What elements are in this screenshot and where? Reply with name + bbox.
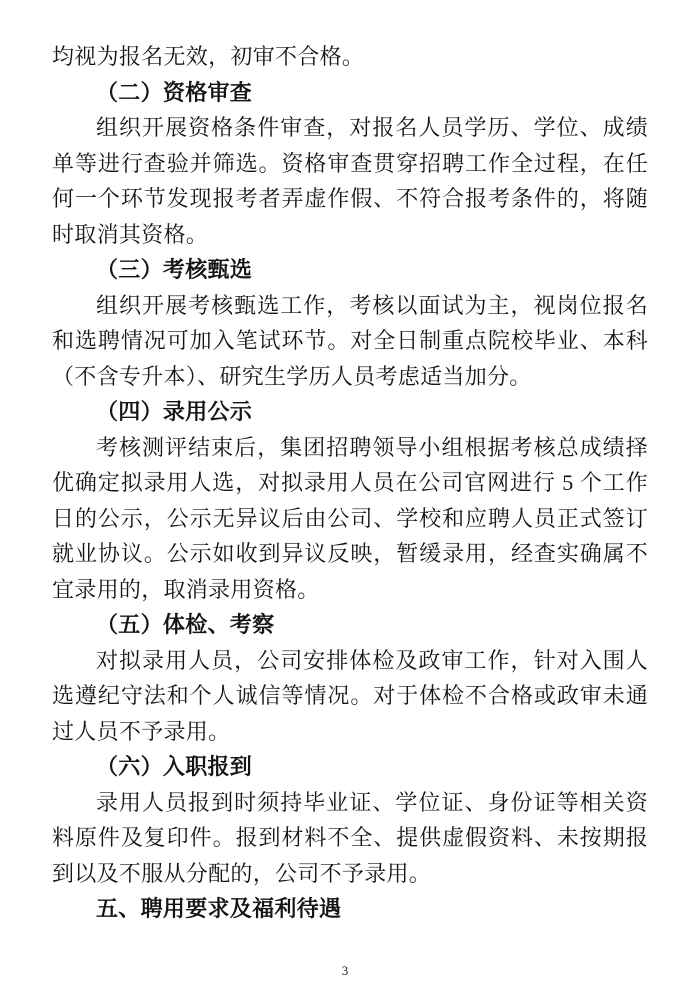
section-heading-5: （五）体检、考察 (52, 607, 648, 643)
paragraph: 组织开展考核甄选工作，考核以面试为主，视岗位报名和选聘情况可加入笔试环节。对全日… (52, 288, 648, 395)
paragraph: 组织开展资格条件审查，对报名人员学历、学位、成绩单等进行查验并筛选。资格审查贯穿… (52, 110, 648, 252)
document-content: 均视为报名无效，初审不合格。 （二）资格审查 组织开展资格条件审查，对报名人员学… (52, 39, 648, 927)
paragraph-continuation: 均视为报名无效，初审不合格。 (52, 39, 648, 75)
section-heading-2: （二）资格审查 (52, 75, 648, 111)
paragraph: 对拟录用人员，公司安排体检及政审工作，针对入围人选遵纪守法和个人诚信等情况。对于… (52, 643, 648, 750)
paragraph: 考核测评结束后，集团招聘领导小组根据考核总成绩择优确定拟录用人选，对拟录用人员在… (52, 430, 648, 608)
section-heading-6: （六）入职报到 (52, 749, 648, 785)
page-footer: 3 (0, 962, 690, 980)
document-page: 均视为报名无效，初审不合格。 （二）资格审查 组织开展资格条件审查，对报名人员学… (0, 0, 690, 1008)
section-heading-4: （四）录用公示 (52, 394, 648, 430)
page-number: 3 (342, 963, 349, 978)
chapter-heading-5: 五、聘用要求及福利待遇 (52, 891, 648, 927)
paragraph: 录用人员报到时须持毕业证、学位证、身份证等相关资料原件及复印件。报到材料不全、提… (52, 785, 648, 892)
section-heading-3: （三）考核甄选 (52, 252, 648, 288)
